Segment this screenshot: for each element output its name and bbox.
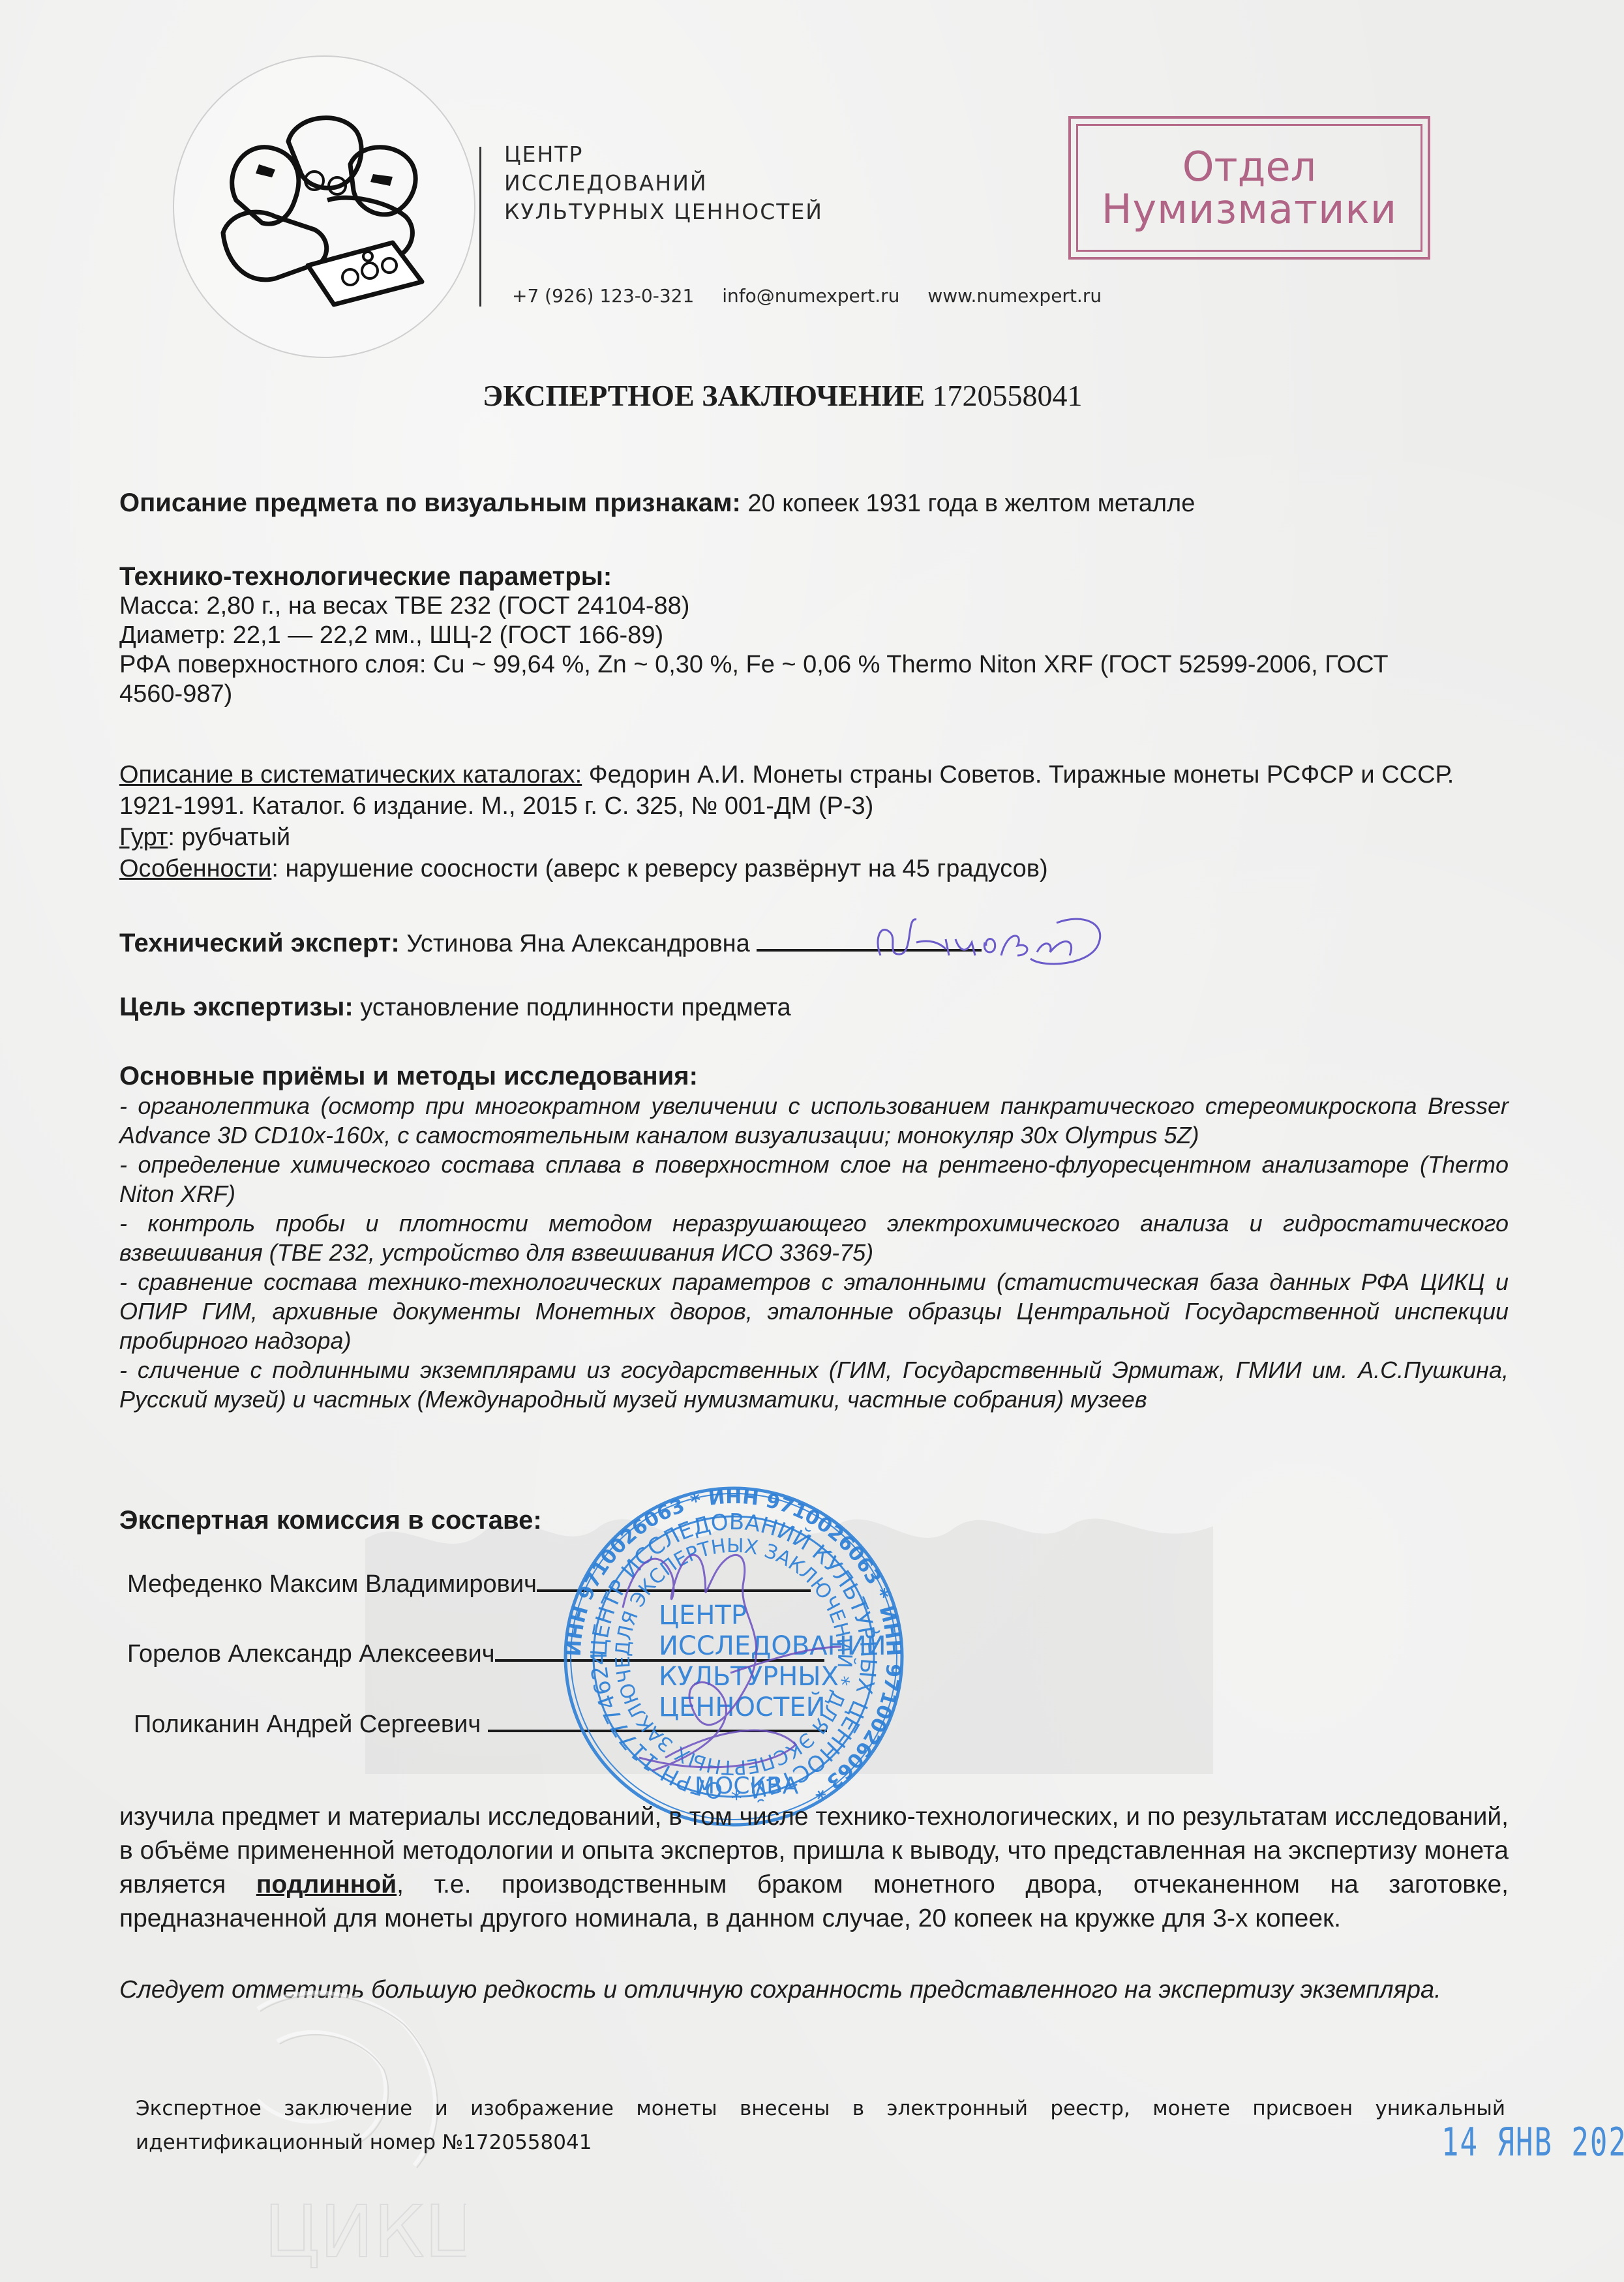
technical-parameters-heading: Технико-технологические параметры: [119,562,1509,592]
org-name-line: КУЛЬТУРНЫХ ЦЕННОСТЕЙ [504,198,823,226]
method-item: - сравнение состава технико-технологичес… [119,1267,1509,1355]
technical-expert-label: Технический эксперт: [119,929,400,957]
title-label: ЭКСПЕРТНОЕ ЗАКЛЮЧЕНИЕ [483,379,925,412]
method-item: - сличение с подлинными экземплярами из … [119,1355,1509,1414]
commission-member-name: Горелов Александр Алексеевич [127,1640,495,1668]
certificate-number: 1720558041 [933,379,1083,412]
verdict: подлинной [256,1870,397,1899]
purpose-label: Цель экспертизы: [119,993,353,1021]
header-divider [479,147,481,307]
organization-name: ЦЕНТР ИССЛЕДОВАНИЙ КУЛЬТУРНЫХ ЦЕННОСТЕЙ [504,140,823,226]
edge-label: Гурт [119,824,168,851]
features-label: Особенности [119,855,271,882]
technical-parameters: Технико-технологические параметры: Масса… [119,562,1509,709]
method-item: - контроль пробы и плотности методом нер… [119,1209,1509,1267]
commission-member-name: Мефеденко Максим Владимирович [127,1570,537,1598]
department-stamp-line2: Нумизматики [1102,188,1397,230]
org-name-line: ИССЛЕДОВАНИЙ [504,169,823,198]
org-name-line: ЦЕНТР [504,140,823,169]
conclusion-paragraph: изучила предмет и материалы исследований… [119,1800,1509,1936]
diameter-parameter: Диаметр: 22,1 — 22,2 мм., ШЦ-2 (ГОСТ 166… [119,621,1509,650]
xrf-parameter: РФА поверхностного слоя: Cu ~ 99,64 %, Z… [119,650,1456,709]
edge-value: : рубчатый [168,824,290,851]
visual-description-value: 20 копеек 1931 года в желтом металле [747,490,1195,517]
handwritten-signature-icon [867,903,1109,975]
official-round-seal-icon: ИНН 9710026063 * ИНН 9710026063 * ИНН 97… [561,1484,907,1829]
email-link[interactable]: info@numexpert.ru [722,285,899,307]
experts-examining-coins-icon [197,102,445,311]
technical-expert-name: Устинова Яна Александровна [406,930,750,957]
technical-expert-row: Технический эксперт: Устинова Яна Алекса… [119,926,1509,961]
department-stamp-line1: Отдел [1182,145,1317,188]
features-value: : нарушение соосности (аверс к реверсу р… [271,855,1047,882]
website-link[interactable]: www.numexpert.ru [927,285,1102,307]
mass-parameter: Масса: 2,80 г., на весах ТВЕ 232 (ГОСТ 2… [119,592,1509,621]
catalog-section: Описание в систематических каталогах: Фе… [119,759,1509,884]
commission-member-name: Поликанин Андрей Сергеевич [134,1711,481,1738]
registry-note: Экспертное заключение и изображение моне… [136,2092,1505,2159]
phone-number[interactable]: +7 (926) 123-0-321 [512,285,694,307]
svg-text:ИССЛЕДОВАНИЙ: ИССЛЕДОВАНИЙ [659,1630,886,1661]
visual-description-label: Описание предмета по визуальным признака… [119,488,741,517]
visual-description: Описание предмета по визуальным признака… [119,486,1509,520]
catalog-label: Описание в систематических каталогах: [119,761,582,788]
svg-text:ЦЕНТР: ЦЕНТР [659,1600,747,1630]
methods-heading: Основные приёмы и методы исследования: [119,1062,1509,1091]
purpose-value: установление подлинности предмета [360,994,790,1021]
purpose-row: Цель экспертизы: установление подлинност… [119,990,1509,1025]
contact-line: +7 (926) 123-0-321 info@numexpert.ru www… [512,285,1124,307]
svg-text:МОСКВА: МОСКВА [695,1773,799,1799]
method-item: - определение химического состава сплава… [119,1150,1509,1209]
method-item: - органолептика (осмотр при многократном… [119,1091,1509,1150]
organization-logo [173,55,475,358]
document-title: ЭКСПЕРТНОЕ ЗАКЛЮЧЕНИЕ 1720558041 [483,378,1083,413]
methods-section: Основные приёмы и методы исследования: -… [119,1062,1509,1414]
department-stamp: Отдел Нумизматики [1068,116,1430,260]
date-stamp: 14 ЯНВ 2021 [1441,2120,1624,2165]
svg-text:ЦИКЦ: ЦИКЦ [264,2190,466,2270]
